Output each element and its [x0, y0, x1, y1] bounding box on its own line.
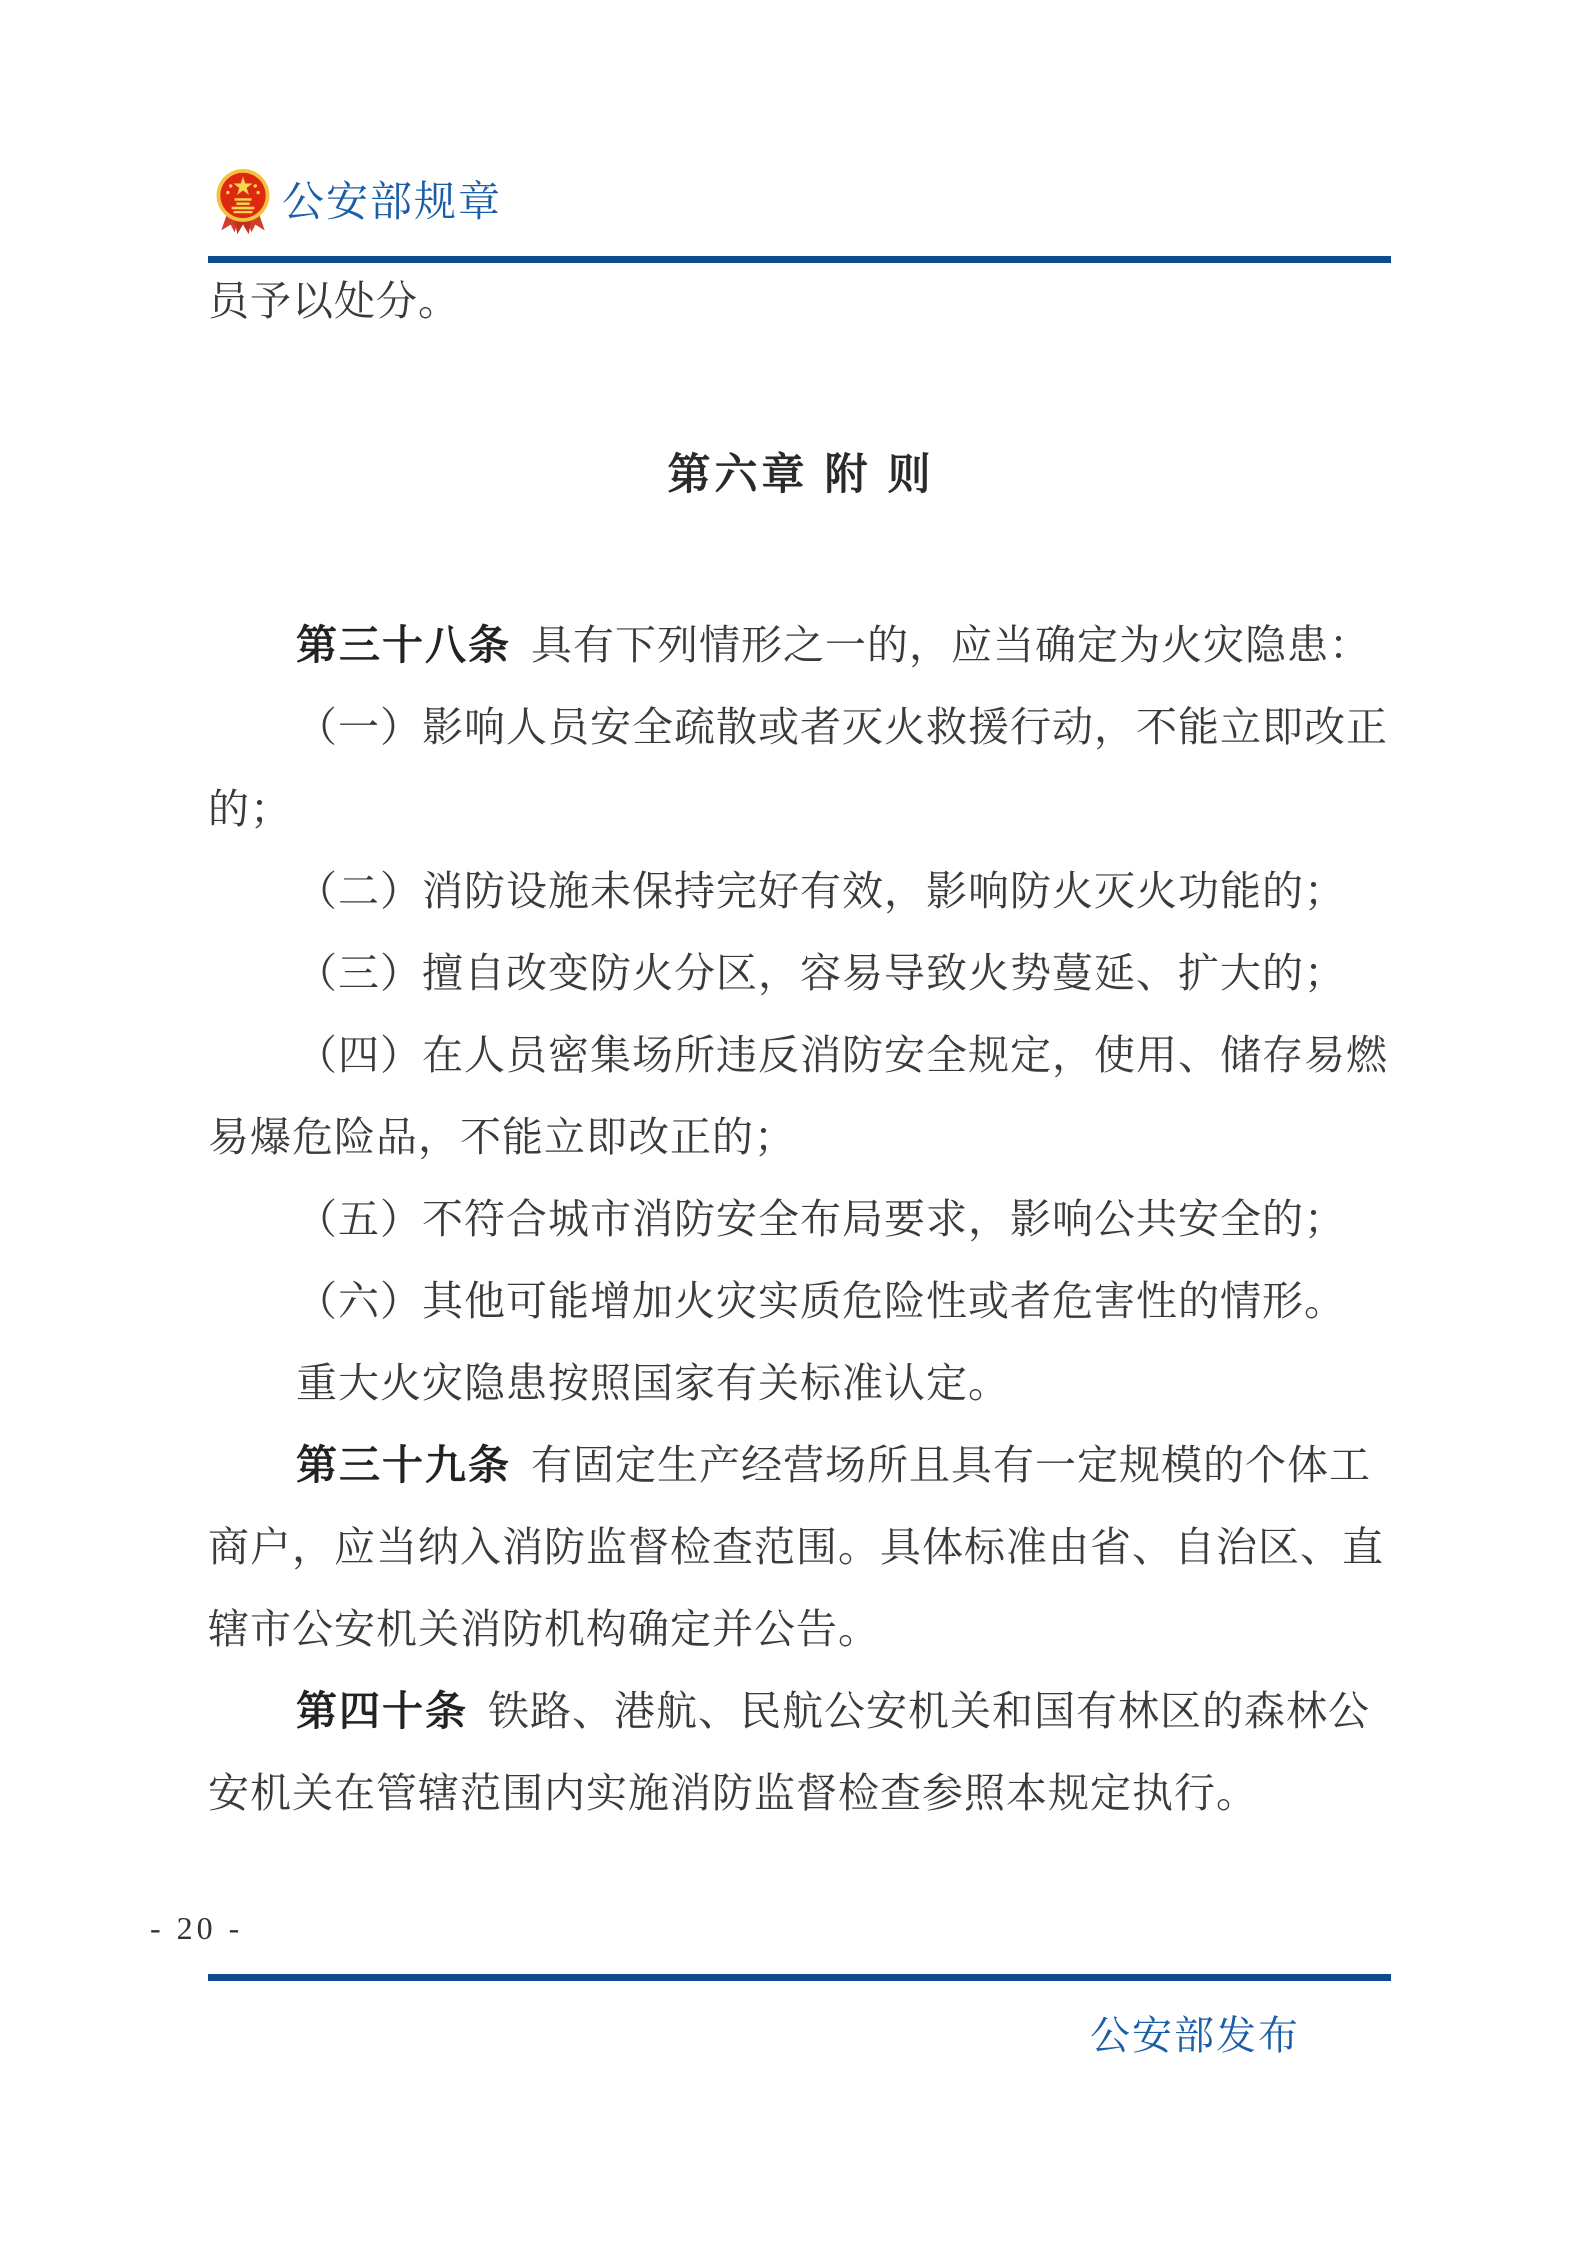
article-40-paragraph: 第四十条铁路、港航、民航公安机关和国有林区的森林公 安机关在管辖范围内实施消防监…	[208, 1670, 1394, 1834]
article-40-number: 第四十条	[296, 1688, 468, 1734]
paragraph-text: 具有下列情形之一的，应当确定为火灾隐患：	[531, 622, 1371, 668]
page-number: - 20 -	[150, 1908, 243, 1948]
paragraph-continuation: 员予以处分。	[208, 260, 1394, 342]
china-national-emblem-icon	[214, 168, 272, 236]
item-6-paragraph: （六）其他可能增加火灾实质危险性或者危害性的情形。	[208, 1260, 1394, 1342]
document-body: 员予以处分。 第六章 附 则 第三十八条具有下列情形之一的，应当确定为火灾隐患：…	[208, 260, 1394, 1834]
item-4-paragraph: （四）在人员密集场所违反消防安全规定，使用、储存易燃 易爆危险品，不能立即改正的…	[208, 1014, 1394, 1178]
paragraph-text: （一）影响人员安全疏散或者灭火救援行动，不能立即改正 的；	[208, 704, 1388, 832]
paragraph-text: 员予以处分。	[208, 278, 460, 324]
chapter-heading: 第六章 附 则	[208, 434, 1394, 516]
article-39-paragraph: 第三十九条有固定生产经营场所且具有一定规模的个体工 商户，应当纳入消防监督检查范…	[208, 1424, 1394, 1670]
footer-rule	[208, 1974, 1391, 1981]
document-page: 公安部规章 员予以处分。 第六章 附 则 第三十八条具有下列情形之一的，应当确定…	[0, 0, 1587, 2245]
article-39-number: 第三十九条	[296, 1442, 511, 1488]
item-5-paragraph: （五）不符合城市消防安全布局要求，影响公共安全的；	[208, 1178, 1394, 1260]
item-2-paragraph: （二）消防设施未保持完好有效，影响防火灭火功能的；	[208, 850, 1394, 932]
item-1-paragraph: （一）影响人员安全疏散或者灭火救援行动，不能立即改正 的；	[208, 686, 1394, 850]
paragraph-text: （四）在人员密集场所违反消防安全规定，使用、储存易燃 易爆危险品，不能立即改正的…	[208, 1032, 1388, 1160]
article-38-number: 第三十八条	[296, 622, 511, 668]
paragraph-text: （六）其他可能增加火灾实质危险性或者危害性的情形。	[296, 1278, 1346, 1324]
article-38-paragraph: 第三十八条具有下列情形之一的，应当确定为火灾隐患：	[208, 604, 1394, 686]
paragraph-text: （二）消防设施未保持完好有效，影响防火灭火功能的；	[296, 868, 1346, 914]
item-3-paragraph: （三）擅自改变防火分区，容易导致火势蔓延、扩大的；	[208, 932, 1394, 1014]
paragraph-text: （五）不符合城市消防安全布局要求，影响公共安全的；	[296, 1196, 1346, 1242]
major-hazard-paragraph: 重大火灾隐患按照国家有关标准认定。	[208, 1342, 1394, 1424]
header-title: 公安部规章	[282, 176, 502, 228]
paragraph-text: （三）擅自改变防火分区，容易导致火势蔓延、扩大的；	[296, 950, 1346, 996]
publisher-label: 公安部发布	[208, 2012, 1300, 2060]
paragraph-text: 重大火灾隐患按照国家有关标准认定。	[296, 1360, 1010, 1406]
